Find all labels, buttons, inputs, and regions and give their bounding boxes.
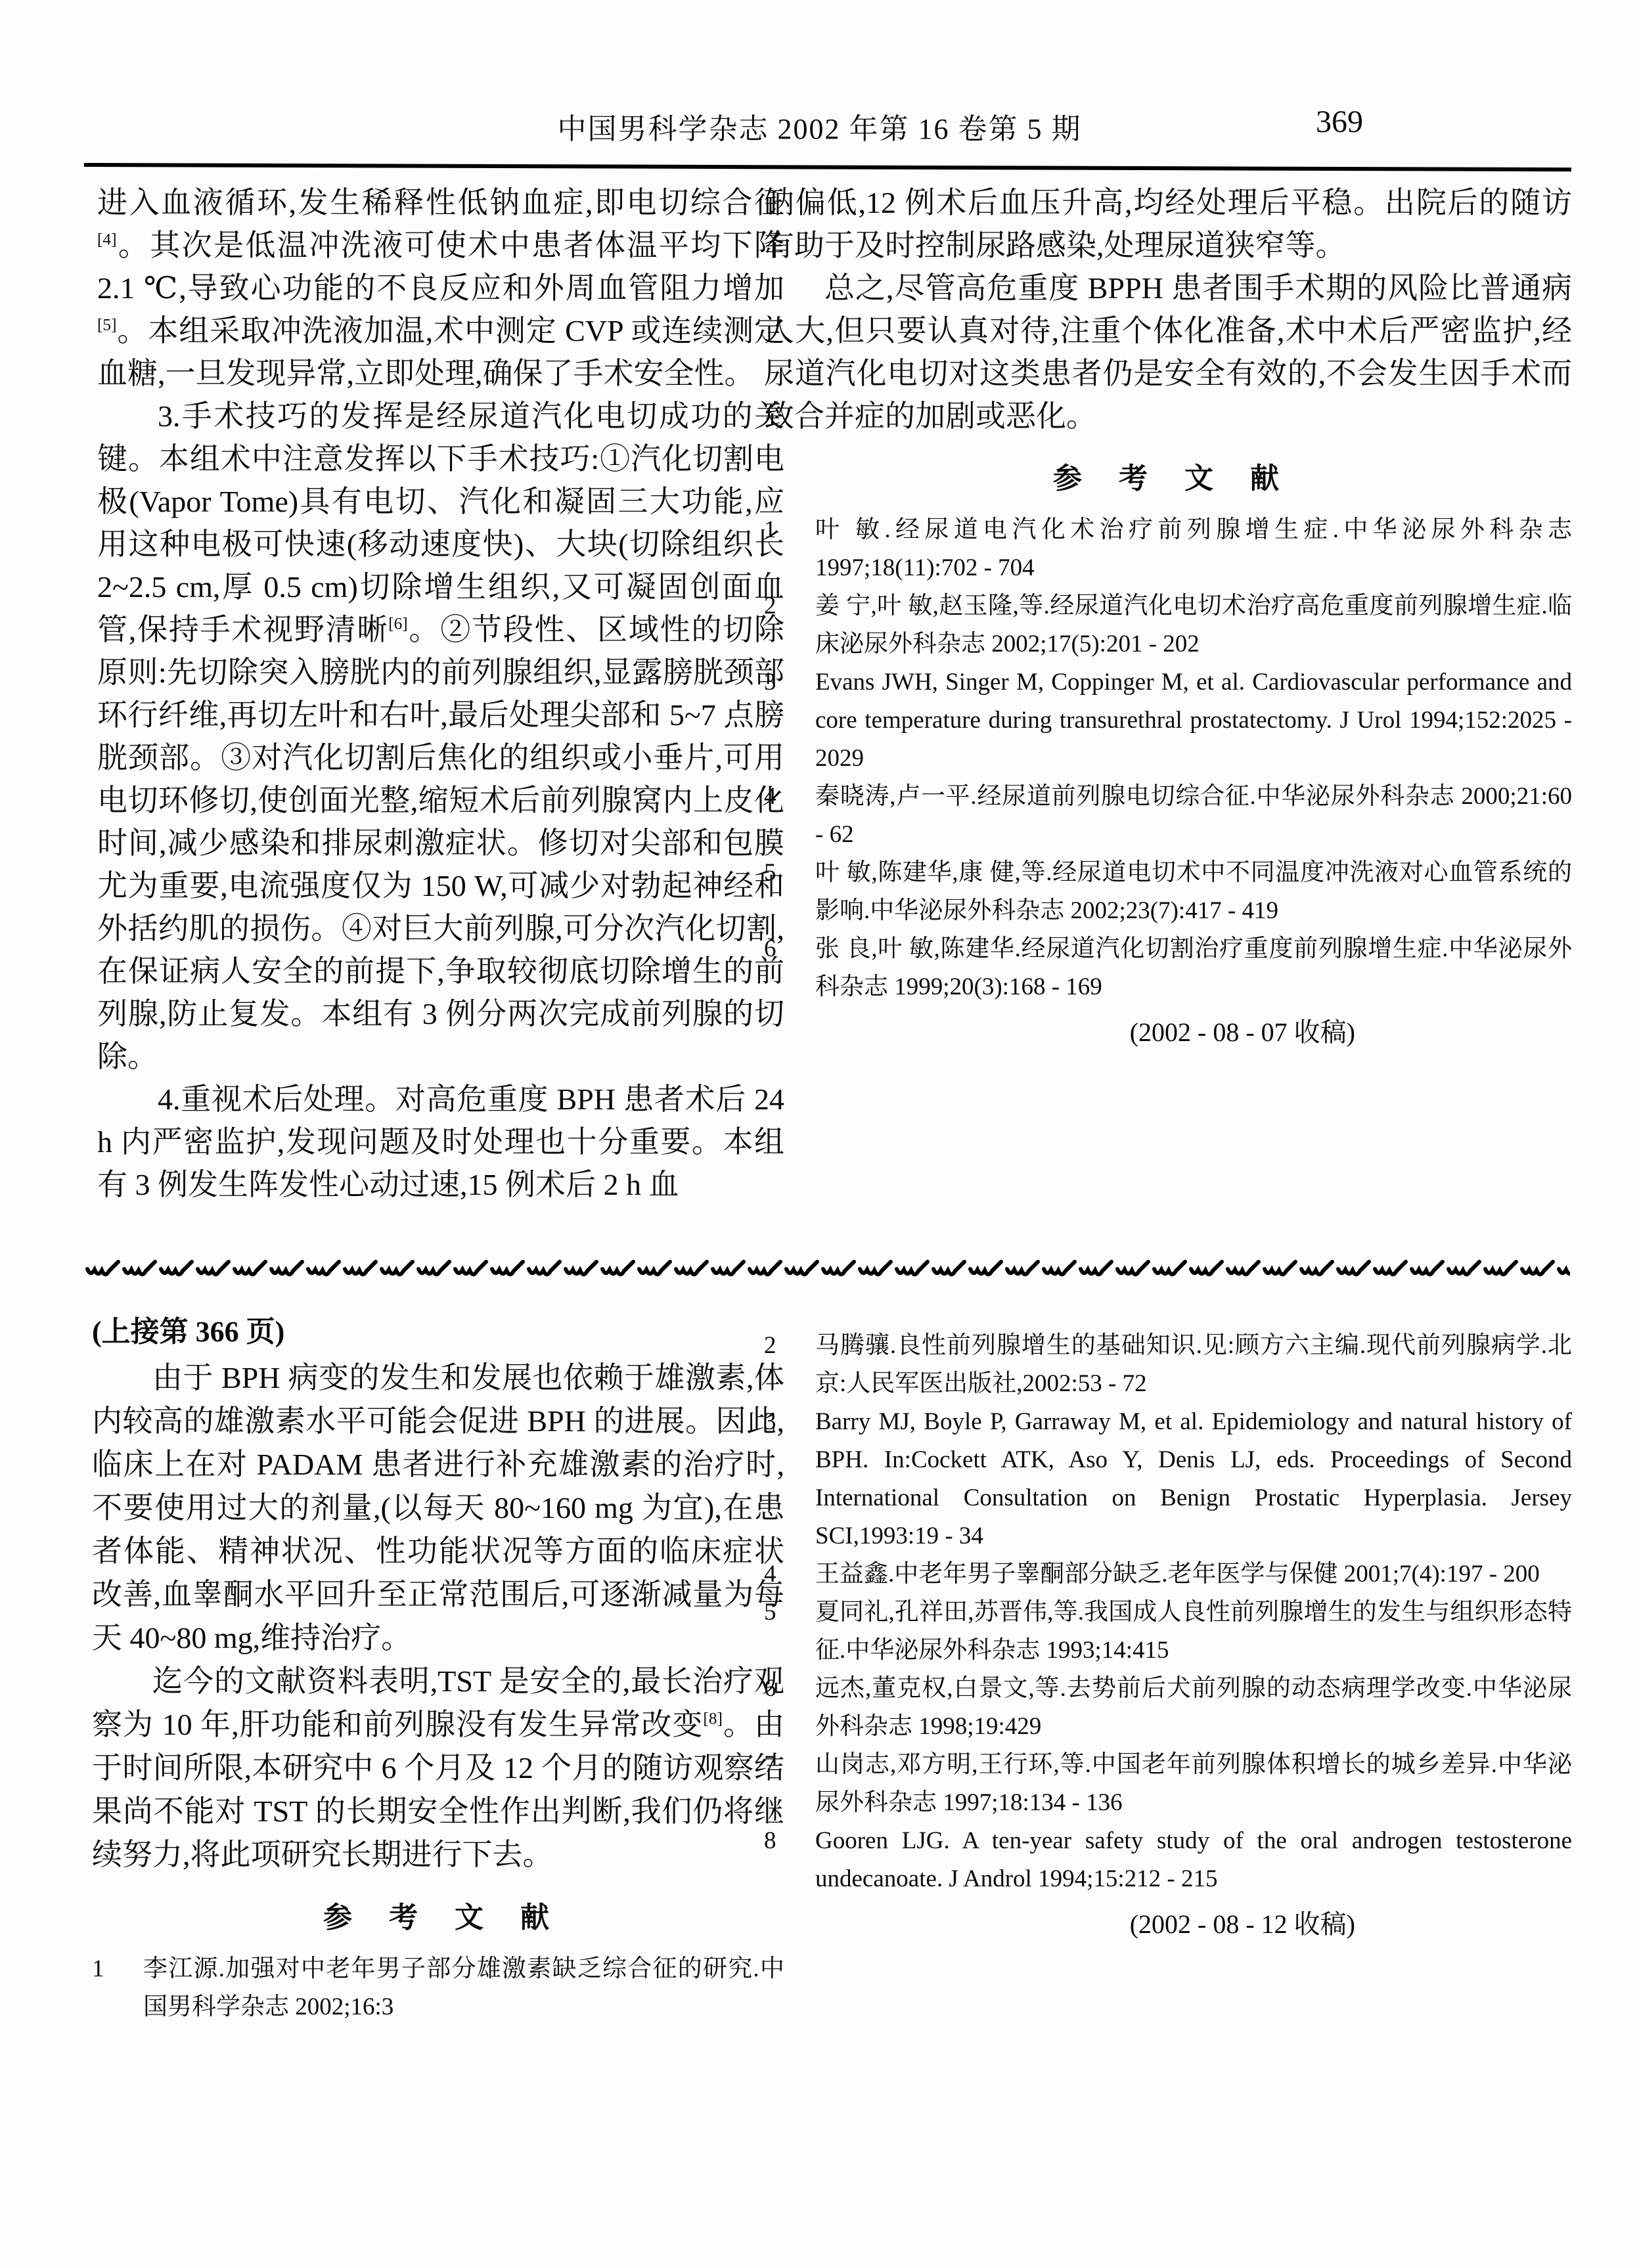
reference-item: 1 叶 敏.经尿道电汽化术治疗前列腺增生症.中华泌尿外科杂志 1997;18(1… [764, 511, 1572, 587]
reference-text: 秦晓涛,卢一平.经尿道前列腺电切综合征.中华泌尿外科杂志 2000;21:60 … [815, 778, 1572, 854]
header-rule [84, 163, 1571, 171]
paragraph: 进入血液循环,发生稀释性低钠血症,即电切综合征[4]。其次是低温冲洗液可使术中患… [97, 181, 784, 395]
reference-text: Barry MJ, Boyle P, Garraway M, et al. Ep… [815, 1403, 1572, 1555]
paragraph: 钠偏低,12 例术后血压升高,均经处理后平稳。出院后的随访有助于及时控制尿路感染… [764, 181, 1572, 267]
reference-text: Evans JWH, Singer M, Coppinger M, et al.… [815, 663, 1572, 778]
reference-number: 2 [764, 587, 815, 663]
reference-item: 6 远杰,董克权,白景文,等.去势前后犬前列腺的动态病理学改变.中华泌尿外科杂志… [764, 1670, 1572, 1746]
reference-item: 3 Barry MJ, Boyle P, Garraway M, et al. … [764, 1403, 1572, 1555]
squiggle-divider-graphic [85, 1247, 1570, 1283]
reference-text: 姜 宁,叶 敏,赵玉隆,等.经尿道汽化电切术治疗高危重度前列腺增生症.临床泌尿外… [815, 587, 1572, 663]
reference-number: 6 [764, 930, 815, 1006]
reference-number: 1 [764, 511, 815, 587]
reference-text: 李江源.加强对中老年男子部分雄激素缺乏综合征的研究.中国男科学杂志 2002;1… [143, 1950, 784, 2026]
reference-number: 2 [764, 1327, 815, 1403]
reference-number: 5 [764, 854, 815, 930]
reference-item: 4 秦晓涛,卢一平.经尿道前列腺电切综合征.中华泌尿外科杂志 2000;21:6… [764, 778, 1572, 854]
reference-item: 3 Evans JWH, Singer M, Coppinger M, et a… [764, 663, 1572, 778]
article2-right-column: 2 马腾骧.良性前列腺增生的基础知识.见:顾方六主编.现代前列腺病学.北京:人民… [764, 1327, 1572, 1944]
received-date: (2002 - 08 - 12 收稿) [764, 1905, 1572, 1944]
reference-number: 3 [764, 1403, 815, 1555]
reference-item: 6 张 良,叶 敏,陈建华.经尿道汽化切割治疗重度前列腺增生症.中华泌尿外科杂志… [764, 930, 1572, 1006]
reference-text: 王益鑫.中老年男子睾酮部分缺乏.老年医学与保健 2001;7(4):197 - … [815, 1555, 1572, 1593]
page-number: 369 [1316, 104, 1363, 140]
reference-number: 4 [764, 778, 815, 854]
reference-text: Gooren LJG. A ten-year safety study of t… [815, 1822, 1572, 1898]
reference-number: 4 [764, 1555, 815, 1593]
continuation-note: (上接第 366 页) [92, 1310, 784, 1354]
paragraph: 总之,尽管高危重度 BPPH 患者围手术期的风险比普通病人大,但只要认真对待,注… [764, 267, 1572, 437]
reference-text: 马腾骧.良性前列腺增生的基础知识.见:顾方六主编.现代前列腺病学.北京:人民军医… [815, 1327, 1572, 1403]
paragraph: 4.重视术后处理。对高危重度 BPH 患者术后 24 h 内严密监护,发现问题及… [97, 1078, 784, 1206]
article2-left-column: (上接第 366 页) 由于 BPH 病变的发生和发展也依赖于雄激素,体内较高的… [92, 1310, 784, 2026]
reference-item: 2 马腾骧.良性前列腺增生的基础知识.见:顾方六主编.现代前列腺病学.北京:人民… [764, 1327, 1572, 1403]
reference-item: 2 姜 宁,叶 敏,赵玉隆,等.经尿道汽化电切术治疗高危重度前列腺增生症.临床泌… [764, 587, 1572, 663]
references-title: 参 考 文 献 [764, 455, 1572, 497]
reference-text: 远杰,董克权,白景文,等.去势前后犬前列腺的动态病理学改变.中华泌尿外科杂志 1… [815, 1670, 1572, 1746]
reference-text: 夏同礼,孔祥田,苏晋伟,等.我国成人良性前列腺增生的发生与组织形态特征.中华泌尿… [815, 1593, 1572, 1670]
reference-text: 张 良,叶 敏,陈建华.经尿道汽化切割治疗重度前列腺增生症.中华泌尿外科杂志 1… [815, 930, 1572, 1006]
reference-item: 4 王益鑫.中老年男子睾酮部分缺乏.老年医学与保健 2001;7(4):197 … [764, 1555, 1572, 1593]
reference-text: 叶 敏,陈建华,康 健,等.经尿道电切术中不同温度冲洗液对心血管系统的影响.中华… [815, 854, 1572, 930]
reference-number: 5 [764, 1593, 815, 1670]
article1-left-column: 进入血液循环,发生稀释性低钠血症,即电切综合征[4]。其次是低温冲洗液可使术中患… [97, 181, 784, 1206]
references-title: 参 考 文 献 [92, 1894, 784, 1936]
journal-title: 中国男科学杂志 2002 年第 16 卷第 5 期 [0, 105, 1639, 147]
reference-item: 7 山岗志,邓方明,王行环,等.中国老年前列腺体积增长的城乡差异.中华泌尿外科杂… [764, 1746, 1572, 1822]
received-date: (2002 - 08 - 07 收稿) [764, 1013, 1572, 1052]
reference-text: 山岗志,邓方明,王行环,等.中国老年前列腺体积增长的城乡差异.中华泌尿外科杂志 … [815, 1746, 1572, 1822]
reference-number: 1 [92, 1950, 143, 2026]
article1-right-column: 钠偏低,12 例术后血压升高,均经处理后平稳。出院后的随访有助于及时控制尿路感染… [764, 181, 1572, 1052]
reference-item: 5 夏同礼,孔祥田,苏晋伟,等.我国成人良性前列腺增生的发生与组织形态特征.中华… [764, 1593, 1572, 1670]
reference-number: 8 [764, 1822, 815, 1898]
section-divider [85, 1247, 1570, 1283]
reference-number: 6 [764, 1670, 815, 1746]
paragraph: 3.手术技巧的发挥是经尿道汽化电切成功的关键。本组术中注意发挥以下手术技巧:①汽… [97, 395, 784, 1078]
reference-number: 7 [764, 1746, 815, 1822]
reference-item: 8 Gooren LJG. A ten-year safety study of… [764, 1822, 1572, 1898]
reference-text: 叶 敏.经尿道电汽化术治疗前列腺增生症.中华泌尿外科杂志 1997;18(11)… [815, 511, 1572, 587]
reference-item: 1 李江源.加强对中老年男子部分雄激素缺乏综合征的研究.中国男科学杂志 2002… [92, 1950, 784, 2026]
paragraph: 迄今的文献资料表明,TST 是安全的,最长治疗观察为 10 年,肝功能和前列腺没… [92, 1660, 784, 1877]
paragraph: 由于 BPH 病变的发生和发展也依赖于雄激素,体内较高的雄激素水平可能会促进 B… [92, 1356, 784, 1660]
reference-item: 5 叶 敏,陈建华,康 健,等.经尿道电切术中不同温度冲洗液对心血管系统的影响.… [764, 854, 1572, 930]
reference-number: 3 [764, 663, 815, 778]
journal-page: 中国男科学杂志 2002 年第 16 卷第 5 期 369 进入血液循环,发生稀… [0, 0, 1639, 2268]
